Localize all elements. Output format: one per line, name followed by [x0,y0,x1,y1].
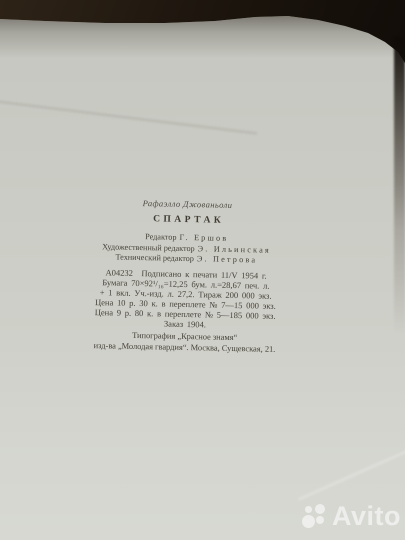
credits-block: РедакторГ. Ершов Художественный редактор… [56,230,317,267]
credit-name: Э. Ильинская [198,244,271,255]
credit-name: Э. Петрова [197,254,257,264]
credit-role: Технический редактор [115,253,194,264]
imprint-block: А04232 Подписано к печати 11/V 1954 г. Б… [55,266,316,332]
colophon-block: Рафаэлло Джованьоли СПАРТАК РедакторГ. Е… [54,196,317,356]
page-edge-shadow [394,38,405,333]
listing-photo: Рафаэлло Джованьоли СПАРТАК РедакторГ. Е… [0,0,405,540]
credit-role: Редактор [145,232,176,242]
credit-name: Г. Ершов [179,233,228,243]
book-title: СПАРТАК [57,212,317,227]
credit-role: Художественный редактор [102,242,195,253]
